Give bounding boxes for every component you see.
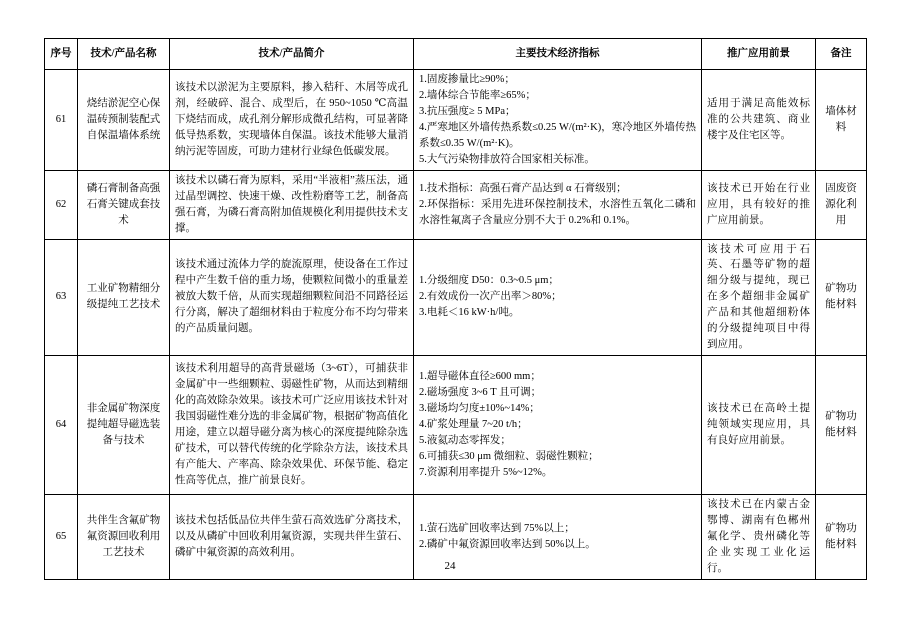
cell-remark: 矿物功能材料 <box>816 356 867 495</box>
page-number: 24 <box>0 560 900 572</box>
table-row: 63 工业矿物精细分级提纯工艺技术 该技术通过流体力学的旋流原理，使设备在工作过… <box>45 239 867 356</box>
table-row: 62 磷石膏制备高强石膏关键成套技术 该技术以磷石膏为原料，采用“半液相”蒸压法… <box>45 170 867 239</box>
cell-serial-no: 64 <box>45 356 78 495</box>
cell-prospect: 该技术可应用于石英、石墨等矿物的超细分级与提纯，现已在多个超细非金属矿产品和其他… <box>702 239 816 356</box>
header-tech-intro: 技术/产品简介 <box>170 39 414 70</box>
cell-tech-intro: 该技术利用超导的高背景磁场（3~6T），可捕获非金属矿中一些细颗粒、弱磁性矿物，… <box>170 356 414 495</box>
cell-indicators: 1.超导磁体直径≥600 mm； 2.磁场强度 3~6 T 且可调； 3.磁场均… <box>414 356 702 495</box>
header-serial-no: 序号 <box>45 39 78 70</box>
tech-catalog-table: 序号 技术/产品名称 技术/产品简介 主要技术经济指标 推广应用前景 备注 61… <box>44 38 867 580</box>
header-indicators: 主要技术经济指标 <box>414 39 702 70</box>
cell-prospect: 适用于满足高能效标准的公共建筑、商业楼宇及住宅区等。 <box>702 70 816 171</box>
cell-indicators: 1.技术指标：高强石膏产品达到 α 石膏级别； 2.环保指标：采用先进环保控制技… <box>414 170 702 239</box>
cell-indicators: 1.分级细度 D50：0.3~0.5 μm； 2.有效成份一次产出率＞80%； … <box>414 239 702 356</box>
table-row: 61 烧结淤泥空心保温砖预制装配式自保温墙体系统 该技术以淤泥为主要原料，掺入秸… <box>45 70 867 171</box>
cell-remark: 墙体材料 <box>816 70 867 171</box>
header-prospect: 推广应用前景 <box>702 39 816 70</box>
document-page: 序号 技术/产品名称 技术/产品简介 主要技术经济指标 推广应用前景 备注 61… <box>0 0 900 636</box>
cell-remark: 固废资源化利用 <box>816 170 867 239</box>
cell-serial-no: 63 <box>45 239 78 356</box>
header-remark: 备注 <box>816 39 867 70</box>
table-row: 64 非金属矿物深度提纯超导磁选装备与技术 该技术利用超导的高背景磁场（3~6T… <box>45 356 867 495</box>
cell-tech-name: 非金属矿物深度提纯超导磁选装备与技术 <box>78 356 170 495</box>
table-header-row: 序号 技术/产品名称 技术/产品简介 主要技术经济指标 推广应用前景 备注 <box>45 39 867 70</box>
cell-tech-intro: 该技术以磷石膏为原料，采用“半液相”蒸压法，通过晶型调控、快速干燥、改性粉磨等工… <box>170 170 414 239</box>
cell-serial-no: 61 <box>45 70 78 171</box>
cell-tech-name: 磷石膏制备高强石膏关键成套技术 <box>78 170 170 239</box>
header-tech-name: 技术/产品名称 <box>78 39 170 70</box>
cell-prospect: 该技术已在高岭土提纯领域实现应用，具有良好应用前景。 <box>702 356 816 495</box>
cell-tech-name: 烧结淤泥空心保温砖预制装配式自保温墙体系统 <box>78 70 170 171</box>
cell-tech-intro: 该技术通过流体力学的旋流原理，使设备在工作过程中产生数千倍的重力场，使颗粒间微小… <box>170 239 414 356</box>
cell-remark: 矿物功能材料 <box>816 239 867 356</box>
cell-indicators: 1.固废掺量比≥90%； 2.墙体综合节能率≥65%； 3.抗压强度≥ 5 MP… <box>414 70 702 171</box>
cell-tech-name: 工业矿物精细分级提纯工艺技术 <box>78 239 170 356</box>
cell-serial-no: 62 <box>45 170 78 239</box>
cell-tech-intro: 该技术以淤泥为主要原料，掺入秸秆、木屑等成孔剂，经破碎、混合、成型后，在 950… <box>170 70 414 171</box>
cell-prospect: 该技术已开始在行业应用，具有较好的推广应用前景。 <box>702 170 816 239</box>
